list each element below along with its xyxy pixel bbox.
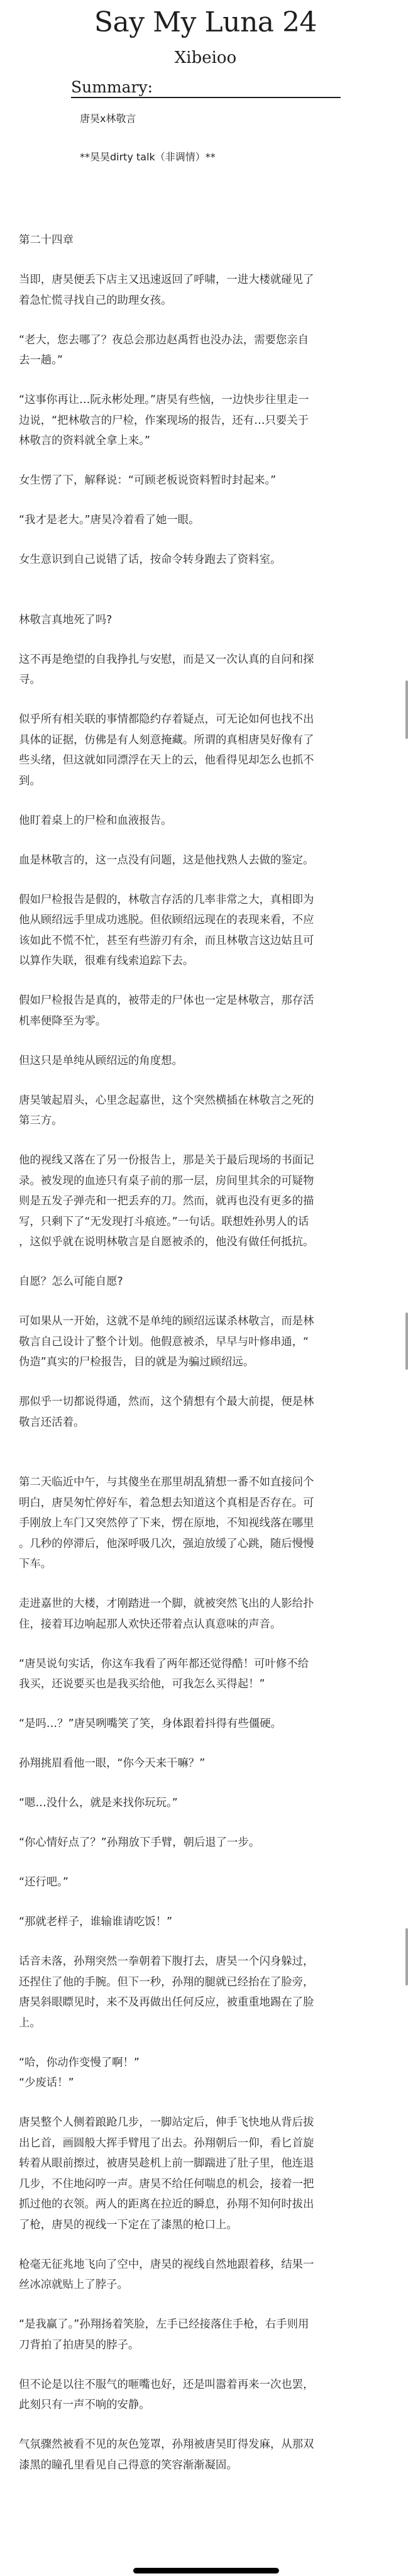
story-paragraph: 似乎所有相关联的事情都隐约存着疑点，可无论如何也找不出具体的证据，仿佛是有人刻意… bbox=[19, 709, 314, 791]
story-paragraph: “嗯…没什么，就是来找你玩玩。” bbox=[19, 1793, 314, 1814]
story-paragraph: 他盯着桌上的尸检和血液报告。 bbox=[19, 811, 314, 831]
story-paragraph: 第二天临近中午，与其傻坐在那里胡乱猜想一番不如直接问个明白，唐昊匆忙停好车，着急… bbox=[19, 1472, 314, 1575]
story-paragraph: 自愿？怎么可能自愿? bbox=[19, 1272, 314, 1292]
story-paragraph: 但不论是以往不服气的咂嘴也好，还是叫嚣着再来一次也罢，此刻只有一声不响的安静。 bbox=[19, 2375, 314, 2416]
story-paragraph: “是我赢了。”孙翔扬着笑脸，左手已经接落住手枪，右手则用刀背拍了拍唐昊的脖子。 bbox=[19, 2314, 314, 2355]
story-paragraph: 唐昊皱起眉头，心里念起嘉世，这个突然横插在林敬言之死的第三方。 bbox=[19, 1091, 314, 1131]
chapter-heading: 第二十四章 bbox=[19, 230, 314, 251]
story-paragraph: 他的视线又落在了另一份报告上，那是关于最后现场的书面记录。被发现的血迹只有桌子前… bbox=[19, 1150, 314, 1253]
work-title: Say My Luna 24 bbox=[0, 5, 411, 40]
work-header: Say My Luna 24 Xibeioo Summary: 唐昊x林敬言 *… bbox=[0, 0, 411, 189]
story-paragraph: 可如果从一开始，这就不是单纯的顾绍远谋杀林敬言，而是林敬言自己设计了整个计划。他… bbox=[19, 1311, 314, 1373]
story-paragraph: 那似乎一切都说得通，然而，这个猜想有个最大前提，便是林敬言还活着。 bbox=[19, 1392, 314, 1433]
story-paragraph: “还行吧。” bbox=[19, 1872, 314, 1893]
story-paragraph: 但这只是单纯从顾绍远的角度想。 bbox=[19, 1051, 314, 1072]
summary-pairing: 唐昊x林敬言 bbox=[80, 112, 136, 126]
story-paragraph: 林敬言真地死了吗? bbox=[19, 610, 314, 631]
dialogue-line: “哈，你动作变慢了啊！” bbox=[19, 2053, 314, 2074]
story-paragraph: 当即，唐昊便丢下店主又迅速返回了呼啸，一进大楼就碰见了着急忙慌寻找自己的助理女孩… bbox=[19, 270, 314, 311]
scrollbar-thumb[interactable] bbox=[405, 680, 408, 739]
chapter-body: 第二十四章 当即，唐昊便丢下店主又迅速返回了呼啸，一进大楼就碰见了着急忙慌寻找自… bbox=[19, 230, 314, 2495]
story-paragraph: 假如尸检报告是真的，被带走的尸体也一定是林敬言，那存活机率便降至为零。 bbox=[19, 991, 314, 1031]
story-paragraph: 血是林敬言的，这一点没有问题，这是他找熟人去做的鉴定。 bbox=[19, 850, 314, 871]
story-paragraph: 走进嘉世的大楼，才刚踏进一个脚，就被突然飞出的人影给扑住，接着耳边响起那人欢快还… bbox=[19, 1594, 314, 1635]
story-paragraph: “是吗…？”唐昊咧嘴笑了笑，身体跟着抖得有些僵硬。 bbox=[19, 1714, 314, 1735]
summary-note: **昊昊dirty talk（非调情）** bbox=[80, 150, 216, 164]
story-paragraph: 气氛骤然被看不见的灰色笼罩，孙翔被唐昊盯得发麻，从那双漆黑的瞳孔里看见自己得意的… bbox=[19, 2434, 314, 2475]
story-paragraph: 话音未落，孙翔突然一拳朝着下腹打去，唐昊一个闪身躲过，还捏住了他的手腕。但下一秒… bbox=[19, 1951, 314, 2033]
scrollbar-thumb[interactable] bbox=[405, 1313, 408, 1370]
story-paragraph: “老大，您去哪了？夜总会那边赵禹哲也没办法，需要您亲自去一趟。” bbox=[19, 330, 314, 371]
story-paragraph: “你心情好点了？”孙翔放下手臂，朝后退了一步。 bbox=[19, 1833, 314, 1853]
story-paragraph: 女生愣了下，解释说：“可顾老板说资料暂时封起来。” bbox=[19, 470, 314, 491]
story-paragraph: “我才是老大。”唐昊冷着看了她一眼。 bbox=[19, 510, 314, 531]
scrollbar-thumb[interactable] bbox=[405, 1928, 408, 1985]
story-paragraph: 枪毫无征兆地飞向了空中，唐昊的视线自然地跟着移，结果一丝冰凉就贴上了脖子。 bbox=[19, 2255, 314, 2296]
story-paragraph-dialogue-pair: “哈，你动作变慢了啊！” “少废话！” bbox=[19, 2053, 314, 2094]
home-indicator-bar[interactable] bbox=[133, 2568, 279, 2573]
story-paragraph: 假如尸检报告是假的，林敬言存活的几率非常之大，真相即为他从顾绍远手里成功逃脱。但… bbox=[19, 890, 314, 972]
story-paragraph: 女生意识到自己说错了话，按命令转身跑去了资料室。 bbox=[19, 550, 314, 570]
story-paragraph: “那就老样子，谁输谁请吃饭！” bbox=[19, 1912, 314, 1933]
dialogue-line: “少废话！” bbox=[19, 2073, 314, 2094]
story-paragraph: 唐昊整个人侧着踉跄几步，一脚站定后，伸手飞快地从背后拔出匕首，画圆般大挥手臂甩了… bbox=[19, 2112, 314, 2235]
author-name[interactable]: Xibeioo bbox=[0, 47, 411, 69]
story-paragraph: “这事你再让…阮永彬处理。”唐昊有些恼，一边快步往里走一边说，“把林敬言的尸检，… bbox=[19, 390, 314, 452]
story-paragraph: 这不再是绝望的自我挣扎与安慰，而是又一次认真的自问和探寻。 bbox=[19, 650, 314, 691]
story-paragraph: 孙翔挑眉看他一眼，“你今天来干嘛？” bbox=[19, 1753, 314, 1774]
summary-heading: Summary: bbox=[71, 78, 341, 98]
story-paragraph: “唐昊说句实话，你这车我看了两年都还觉得酷！可叶修不给我买，还说要买也是我买给他… bbox=[19, 1654, 314, 1695]
